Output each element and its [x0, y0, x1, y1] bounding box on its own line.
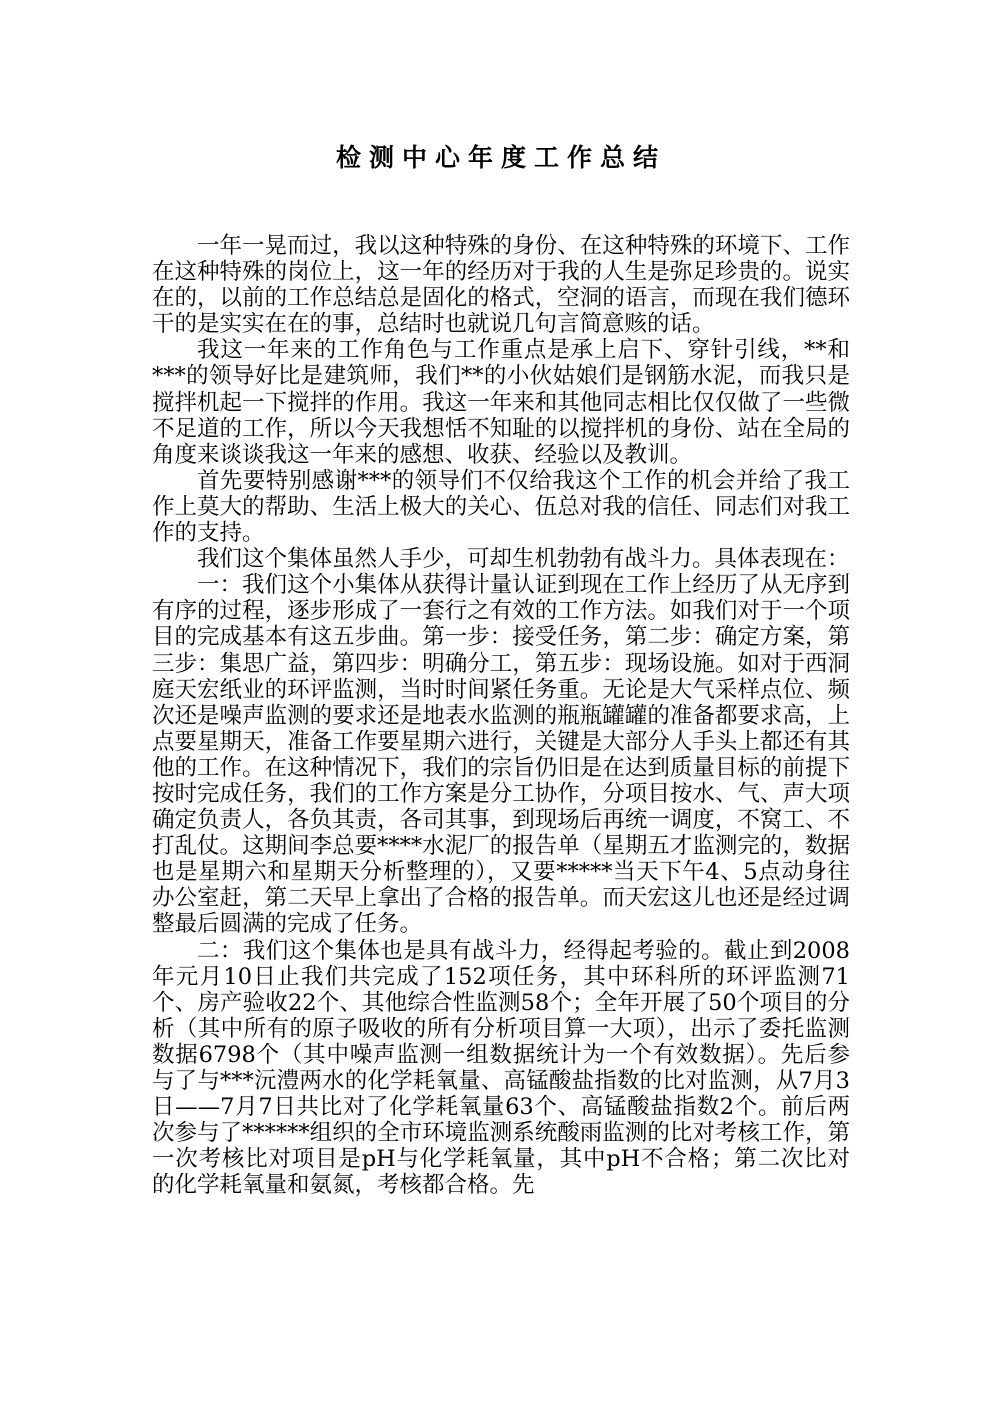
paragraph-intro: 一年一晃而过，我以这种特殊的身份、在这种特殊的环境下、工作在这种特殊的岗位上，这… [152, 233, 850, 337]
paragraph-point-one: 一：我们这个小集体从获得计量认证到现在工作上经历了从无序到有序的过程，逐步形成了… [152, 572, 850, 937]
paragraph-point-two: 二：我们这个集体也是具有战斗力，经得起考验的。截止到2008年元月10日止我们共… [152, 938, 850, 1199]
document-title: 检测中心年度工作总结 [152, 140, 850, 176]
document-body: 一年一晃而过，我以这种特殊的身份、在这种特殊的环境下、工作在这种特殊的岗位上，这… [152, 233, 850, 1198]
paragraph-thanks: 首先要特别感谢***的领导们不仅给我这个工作的机会并给了我工作上莫大的帮助、生活… [152, 468, 850, 546]
paragraph-role: 我这一年来的工作角色与工作重点是承上启下、穿针引线，**和***的领导好比是建筑… [152, 337, 850, 467]
paragraph-team: 我们这个集体虽然人手少，可却生机勃勃有战斗力。具体表现在： [152, 546, 850, 572]
